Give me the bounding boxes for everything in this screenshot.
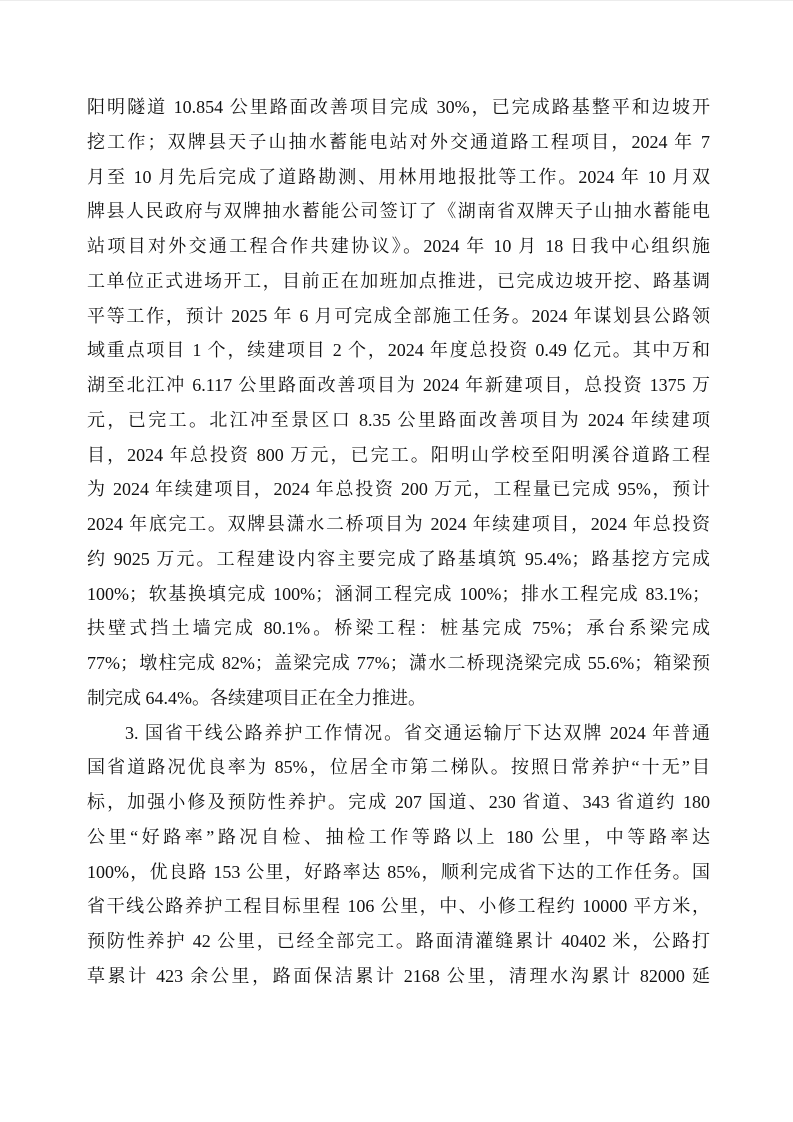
text-line: 3. 国省干线公路养护工作情况。省交通运输厅下达双牌 2024 年普通 [87, 716, 710, 751]
text-line: 标，加强小修及预防性养护。完成 207 国道、230 省道、343 省道约 18… [87, 785, 710, 820]
text-line: 挖工作；双牌县天子山抽水蓄能电站对外交通道路工程项目，2024 年 7 [87, 125, 710, 160]
text-line: 月至 10 月先后完成了道路勘测、用林用地报批等工作。2024 年 10 月双 [87, 160, 710, 195]
text-line: 扶壁式挡土墙完成 80.1%。桥梁工程：桩基完成 75%；承台系梁完成 [87, 611, 710, 646]
text-line: 域重点项目 1 个，续建项目 2 个，2024 年度总投资 0.49 亿元。其中… [87, 333, 710, 368]
page-top-edge [0, 0, 793, 1]
text-line: 国省道路况优良率为 85%，位居全市第二梯队。按照日常养护“十无”目 [87, 750, 710, 785]
text-line: 为 2024 年续建项目，2024 年总投资 200 万元，工程量已完成 95%… [87, 472, 710, 507]
text-line: 站项目对外交通工程合作共建协议》。2024 年 10 月 18 日我中心组织施 [87, 229, 710, 264]
document-body-text: 阳明隧道 10.854 公里路面改善项目完成 30%，已完成路基整平和边坡开挖工… [87, 90, 710, 994]
text-line: 2024 年底完工。双牌县潇水二桥项目为 2024 年续建项目，2024 年总投… [87, 507, 710, 542]
text-line: 平等工作，预计 2025 年 6 月可完成全部施工任务。2024 年谋划县公路领 [87, 299, 710, 334]
text-line: 目，2024 年总投资 800 万元，已完工。阳明山学校至阳明溪谷道路工程 [87, 438, 710, 473]
text-line: 约 9025 万元。工程建设内容主要完成了路基填筑 95.4%；路基挖方完成 [87, 542, 710, 577]
text-line: 工单位正式进场开工，目前正在加班加点推进，已完成边坡开挖、路基调 [87, 264, 710, 299]
text-line: 草累计 423 余公里，路面保洁累计 2168 公里，清理水沟累计 82000 … [87, 959, 710, 994]
text-line: 预防性养护 42 公里，已经全部完工。路面清灌缝累计 40402 米，公路打 [87, 924, 710, 959]
text-line: 牌县人民政府与双牌抽水蓄能公司签订了《湖南省双牌天子山抽水蓄能电 [87, 194, 710, 229]
text-line: 省干线公路养护工程目标里程 106 公里，中、小修工程约 10000 平方米， [87, 889, 710, 924]
text-line: 100%，优良路 153 公里，好路率达 85%，顺利完成省下达的工作任务。国 [87, 855, 710, 890]
text-line: 公里“好路率”路况自检、抽检工作等路以上 180 公里，中等路率达 [87, 820, 710, 855]
text-line: 阳明隧道 10.854 公里路面改善项目完成 30%，已完成路基整平和边坡开 [87, 90, 710, 125]
document-page: 阳明隧道 10.854 公里路面改善项目完成 30%，已完成路基整平和边坡开挖工… [0, 0, 793, 1122]
text-line: 77%；墩柱完成 82%；盖梁完成 77%；潇水二桥现浇梁完成 55.6%；箱梁… [87, 646, 710, 681]
text-line: 元，已完工。北江冲至景区口 8.35 公里路面改善项目为 2024 年续建项 [87, 403, 710, 438]
text-line: 100%；软基换填完成 100%；涵洞工程完成 100%；排水工程完成 83.1… [87, 577, 710, 612]
text-line: 湖至北江冲 6.117 公里路面改善项目为 2024 年新建项目，总投资 137… [87, 368, 710, 403]
text-line: 制完成 64.4%。各续建项目正在全力推进。 [87, 681, 710, 716]
